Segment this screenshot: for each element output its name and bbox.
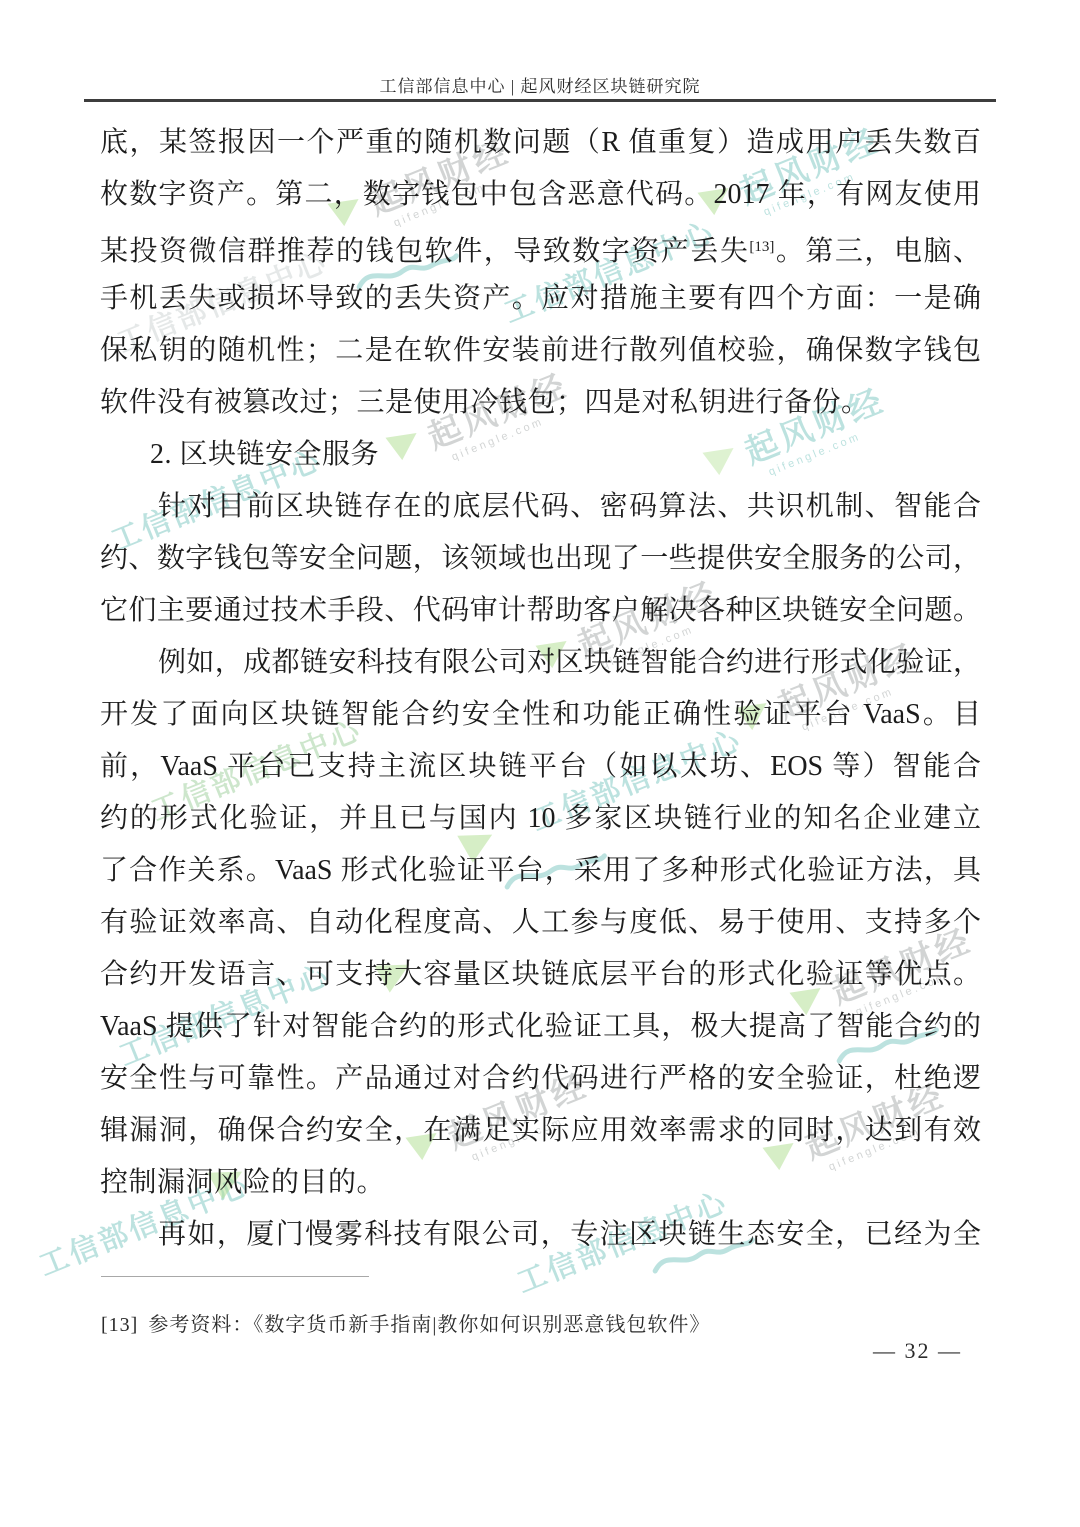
text-line: VaaS 提供了针对智能合约的形式化验证工具，极大提高了智能合约的 [100, 1001, 981, 1053]
text-line: 控制漏洞风险的目的。 [100, 1157, 981, 1209]
text-line: 有验证效率高、自动化程度高、人工参与度低、易于使用、支持多个 [100, 897, 981, 949]
footnote-text: 参考资料：《数字货币新手指南|教你如何识别恶意钱包软件》 [148, 1314, 710, 1336]
body-text: 底，某签报因一个严重的随机数问题（R 值重复）造成用户丢失数百 枚数字资产。第二… [100, 117, 981, 1261]
text-line: 手机丢失或损坏导致的丢失资产。应对措施主要有四个方面：一是确 [100, 273, 981, 325]
footnote-rule [101, 1276, 369, 1277]
footnote-marker: [13] [101, 1314, 138, 1336]
text-line: 前，VaaS 平台已支持主流区块链平台（如以太坊、EOS 等）智能合 [100, 741, 981, 793]
text-line: 了合作关系。VaaS 形式化验证平台，采用了多种形式化验证方法，具 [100, 845, 981, 897]
text-line: 保私钥的随机性；二是在软件安装前进行散列值校验，确保数字钱包 [100, 325, 981, 377]
page-header-title: 工信部信息中心 | 起风财经区块链研究院 [90, 72, 990, 97]
section-heading: 2. 区块链安全服务 [100, 429, 981, 481]
text-line: 软件没有被篡改过；三是使用冷钱包；四是对私钥进行备份。 [100, 377, 981, 429]
text-line: 合约开发语言、可支持大容量区块链底层平台的形式化验证等优点。 [100, 949, 981, 1001]
text-line: 再如，厦门慢雾科技有限公司，专注区块链生态安全，已经为全 [100, 1209, 981, 1261]
text-line: 例如，成都链安科技有限公司对区块链智能合约进行形式化验证， [100, 637, 981, 689]
text-line: 枚数字资产。第二，数字钱包中包含恶意代码。2017 年，有网友使用 [100, 169, 981, 221]
footnote: [13]参考资料：《数字货币新手指南|教你如何识别恶意钱包软件》 [101, 1308, 981, 1337]
text-line: 它们主要通过技术手段、代码审计帮助客户解决各种区块链安全问题。 [100, 585, 981, 637]
document-page: 起风财经 qifengle.com 起风财经 qifengle.com 起风财经… [0, 0, 1080, 1527]
page-number: — 32 — [873, 1338, 962, 1364]
text-line: 辑漏洞，确保合约安全，在满足实际应用效率需求的同时，达到有效 [100, 1105, 981, 1157]
text-line: 安全性与可靠性。产品通过对合约代码进行严格的安全验证，杜绝逻 [100, 1053, 981, 1105]
footnote-ref: [13] [749, 239, 774, 255]
text-line: 约、数字钱包等安全问题，该领域也出现了一些提供安全服务的公司， [100, 533, 981, 585]
text-segment: 。第三，电脑、 [774, 236, 981, 267]
text-segment: 某投资微信群推荐的钱包软件，导致数字资产丢失 [100, 236, 749, 267]
text-line: 约的形式化验证，并且已与国内 10 多家区块链行业的知名企业建立 [100, 793, 981, 845]
text-line: 开发了面向区块链智能合约安全性和功能正确性验证平台 VaaS。目 [100, 689, 981, 741]
text-line: 针对目前区块链存在的底层代码、密码算法、共识机制、智能合 [100, 481, 981, 533]
header-rule [84, 99, 996, 102]
text-line: 某投资微信群推荐的钱包软件，导致数字资产丢失[13]。第三，电脑、 [100, 221, 981, 273]
text-line: 底，某签报因一个严重的随机数问题（R 值重复）造成用户丢失数百 [100, 117, 981, 169]
